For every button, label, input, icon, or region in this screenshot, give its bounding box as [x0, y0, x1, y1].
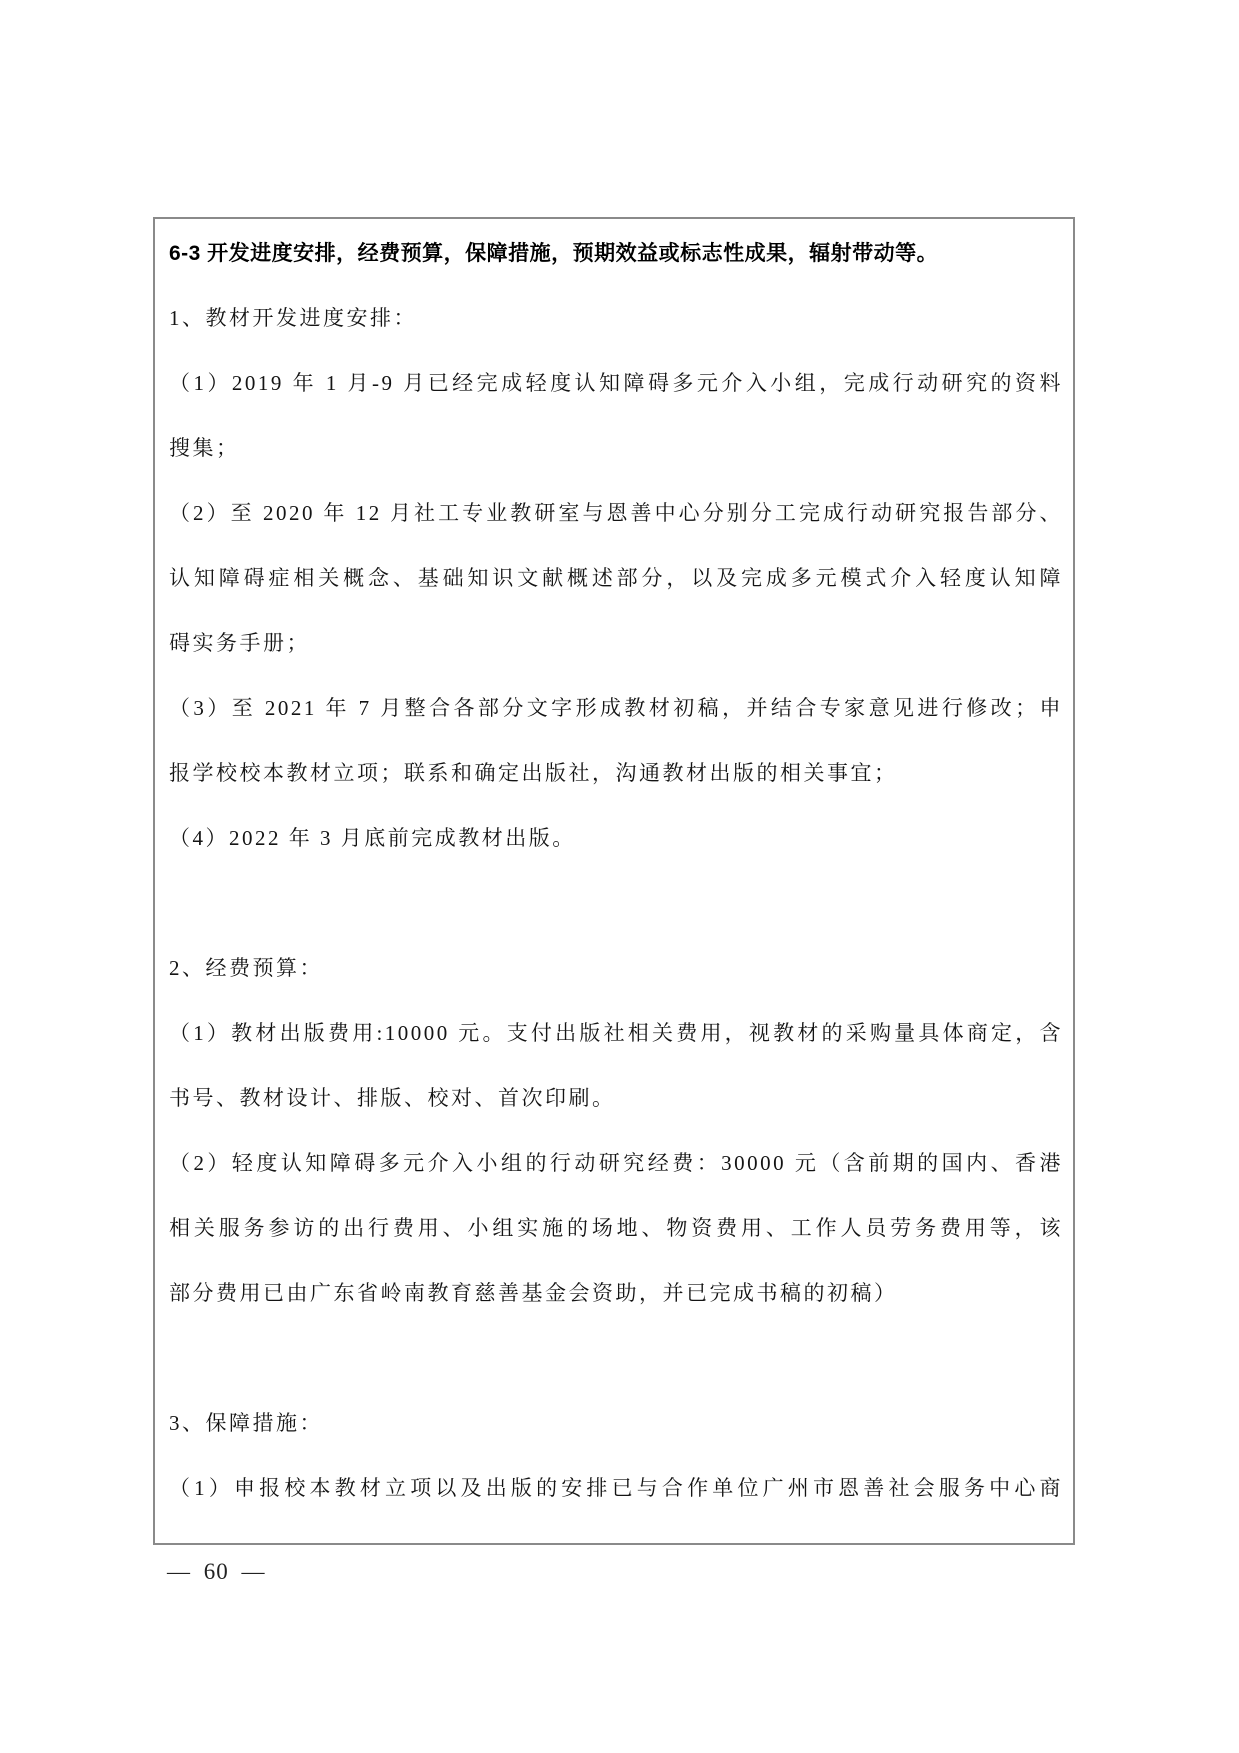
page-number: — 60 — [167, 1545, 266, 1599]
paragraph-line: （2）至 2020 年 12 月社工专业教研室与恩善中心分别分工完成行动研究报告… [169, 481, 1063, 546]
paragraph-line: 报学校校本教材立项；联系和确定出版社，沟通教材出版的相关事宜； [169, 741, 1063, 806]
section-heading: 6-3 开发进度安排，经费预算，保障措施，预期效益或标志性成果，辐射带动等。 [169, 221, 1063, 286]
blank-line [169, 1326, 1063, 1391]
paragraph-line: （2）轻度认知障碍多元介入小组的行动研究经费：30000 元（含前期的国内、香港 [169, 1131, 1063, 1196]
paragraph-line: 认知障碍症相关概念、基础知识文献概述部分，以及完成多元模式介入轻度认知障 [169, 546, 1063, 611]
form-section-6-3-cell: 6-3 开发进度安排，经费预算，保障措施，预期效益或标志性成果，辐射带动等。 1… [153, 217, 1075, 1545]
paragraph-line: 搜集； [169, 416, 1063, 481]
document-page: 6-3 开发进度安排，经费预算，保障措施，预期效益或标志性成果，辐射带动等。 1… [0, 0, 1239, 1753]
paragraph-line: （1）申报校本教材立项以及出版的安排已与合作单位广州市恩善社会服务中心商 [169, 1456, 1063, 1521]
paragraph-line: 书号、教材设计、排版、校对、首次印刷。 [169, 1066, 1063, 1131]
paragraph-line: （4）2022 年 3 月底前完成教材出版。 [169, 806, 1063, 871]
paragraph-line: （3）至 2021 年 7 月整合各部分文字形成教材初稿，并结合专家意见进行修改… [169, 676, 1063, 741]
paragraph-line: 碍实务手册； [169, 611, 1063, 676]
paragraph-line: 相关服务参访的出行费用、小组实施的场地、物资费用、工作人员劳务费用等，该 [169, 1196, 1063, 1261]
paragraph-line: 1、教材开发进度安排： [169, 286, 1063, 351]
blank-line [169, 871, 1063, 936]
paragraph-line: 2、经费预算： [169, 936, 1063, 1001]
paragraph-line: （1）教材出版费用:10000 元。支付出版社相关费用，视教材的采购量具体商定，… [169, 1001, 1063, 1066]
paragraph-line: （1）2019 年 1 月-9 月已经完成轻度认知障碍多元介入小组，完成行动研究… [169, 351, 1063, 416]
paragraph-line: 3、保障措施： [169, 1391, 1063, 1456]
paragraph-line: 部分费用已由广东省岭南教育慈善基金会资助，并已完成书稿的初稿） [169, 1261, 1063, 1326]
